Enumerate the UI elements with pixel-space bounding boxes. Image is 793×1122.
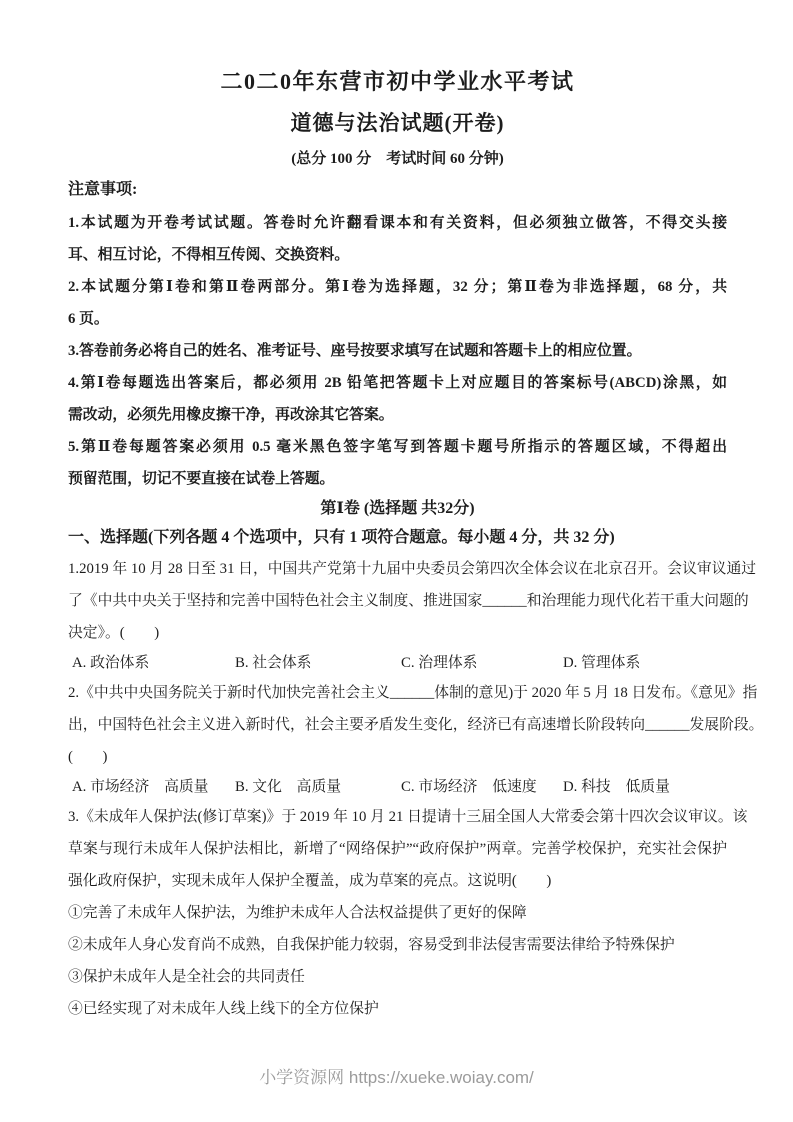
notice-item-2-line-1: 2.本试题分第Ⅰ卷和第Ⅱ卷两部分。第Ⅰ卷为选择题，32 分；第Ⅱ卷为非选择题，6…: [68, 271, 727, 303]
question-1-options: A. 政治体系 B. 社会体系 C. 治理体系 D. 管理体系: [68, 649, 727, 677]
watermark: 小学资源网 https://xueke.woiay.com/: [0, 1067, 793, 1089]
notice-item-2-line-2: 6 页。: [68, 303, 727, 335]
question-2-option-c: C. 市场经济 低速度: [401, 773, 563, 801]
exam-title: 二0二0年东营市初中学业水平考试: [68, 68, 727, 96]
question-2-option-b: B. 文化 高质量: [235, 773, 401, 801]
question-1-option-b: B. 社会体系: [235, 649, 401, 677]
question-2: 2.《中共中央国务院关于新时代加快完善社会主义______体制的意见)于 202…: [68, 677, 727, 801]
question-2-option-d: D. 科技 低质量: [563, 773, 727, 801]
notice-item-1-line-1: 1.本试题为开卷考试试题。答卷时允许翻看课本和有关资料，但必须独立做答，不得交头…: [68, 207, 727, 239]
notice-item-1-line-2: 耳、相互讨论，不得相互传阅、交换资料。: [68, 239, 727, 271]
notice-item-5-line-2: 预留范围，切记不要直接在试卷上答题。: [68, 463, 727, 495]
question-3-statement-3: ③保护未成年人是全社会的共同责任: [68, 961, 727, 993]
notice-item-4-line-2: 需改动，必须先用橡皮擦干净，再改涂其它答案。: [68, 399, 727, 431]
question-1-line-1: 1.2019 年 10 月 28 日至 31 日，中国共产党第十九届中央委员会第…: [68, 553, 727, 585]
question-3-line-3: 强化政府保护，实现未成年人保护全覆盖，成为草案的亮点。这说明( ): [68, 865, 727, 897]
exam-paper-page: 二0二0年东营市初中学业水平考试 道德与法治试题(开卷) (总分 100 分 考…: [0, 0, 793, 1122]
question-3-statement-4: ④已经实现了对未成年人线上线下的全方位保护: [68, 993, 727, 1025]
question-1-line-3: 决定》。( ): [68, 617, 727, 649]
question-1-option-d: D. 管理体系: [563, 649, 727, 677]
question-3-line-1: 3.《未成年人保护法(修订草案)》于 2019 年 10 月 21 日提请十三届…: [68, 801, 727, 833]
question-1-line-2: 了《中共中央关于坚持和完善中国特色社会主义制度、推进国家______和治理能力现…: [68, 585, 727, 617]
question-1-option-a: A. 政治体系: [72, 649, 235, 677]
question-2-line-1: 2.《中共中央国务院关于新时代加快完善社会主义______体制的意见)于 202…: [68, 677, 727, 709]
notice-heading: 注意事项:: [68, 178, 727, 202]
page-content: 二0二0年东营市初中学业水平考试 道德与法治试题(开卷) (总分 100 分 考…: [0, 0, 793, 1025]
notice-list: 1.本试题为开卷考试试题。答卷时允许翻看课本和有关资料，但必须独立做答，不得交头…: [68, 207, 727, 495]
question-2-line-2: 出，中国特色社会主义进入新时代，社会主要矛盾发生变化，经济已有高速增长阶段转向_…: [68, 709, 727, 741]
question-1-option-c: C. 治理体系: [401, 649, 563, 677]
question-3-line-2: 草案与现行未成年人保护法相比，新增了“网络保护”“政府保护”两章。完善学校保护，…: [68, 833, 727, 865]
question-2-option-a: A. 市场经济 高质量: [72, 773, 235, 801]
part1-header: 第Ⅰ卷 (选择题 共32分): [68, 495, 727, 523]
question-3-statement-1: ①完善了未成年人保护法，为维护未成年人合法权益提供了更好的保障: [68, 897, 727, 929]
notice-item-5-line-1: 5.第Ⅱ卷每题答案必须用 0.5 毫米黑色签字笔写到答题卡题号所指示的答题区域，…: [68, 431, 727, 463]
notice-item-4-line-1: 4.第Ⅰ卷每题选出答案后，都必须用 2B 铅笔把答题卡上对应题目的答案标号(AB…: [68, 367, 727, 399]
question-3: 3.《未成年人保护法(修订草案)》于 2019 年 10 月 21 日提请十三届…: [68, 801, 727, 1025]
question-2-line-3: ( ): [68, 741, 727, 773]
section1-instructions: 一、选择题(下列各题 4 个选项中，只有 1 项符合题意。每小题 4 分，共 3…: [68, 523, 727, 553]
question-3-statement-2: ②未成年人身心发育尚不成熟，自我保护能力较弱，容易受到非法侵害需要法律给予特殊保…: [68, 929, 727, 961]
question-1: 1.2019 年 10 月 28 日至 31 日，中国共产党第十九届中央委员会第…: [68, 553, 727, 677]
question-2-options: A. 市场经济 高质量 B. 文化 高质量 C. 市场经济 低速度 D. 科技 …: [68, 773, 727, 801]
paper-subject-title: 道德与法治试题(开卷): [68, 109, 727, 137]
score-time-info: (总分 100 分 考试时间 60 分钟): [68, 148, 727, 170]
notice-item-3-line-1: 3.答卷前务必将自己的姓名、准考证号、座号按要求填写在试题和答题卡上的相应位置。: [68, 335, 727, 367]
